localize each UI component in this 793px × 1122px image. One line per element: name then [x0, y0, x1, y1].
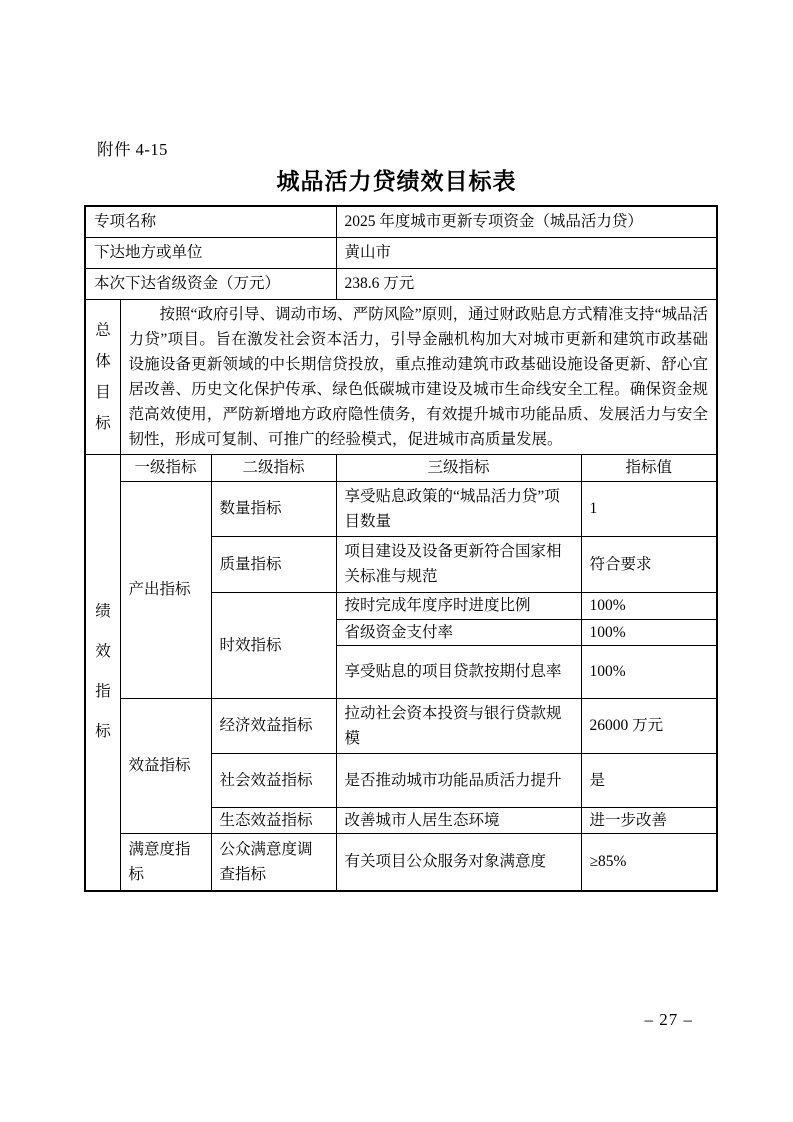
- indicators-side-label-cell: 绩效指标: [85, 454, 120, 891]
- value-satisfaction: ≥85%: [581, 833, 717, 891]
- level3-satisfaction: 有关项目公众服务对象满意度: [336, 833, 581, 891]
- attachment-label: 附件 4-15: [97, 136, 168, 160]
- overall-goal-row: 总体目标 按照“政府引导、调动市场、严防风险”原则，通过财政贴息方式精准支持“城…: [85, 299, 717, 454]
- level2-ecological: 生态效益指标: [211, 807, 336, 833]
- info-value-funds: 238.6 万元: [336, 268, 717, 299]
- info-row-project-name: 专项名称 2025 年度城市更新专项资金（城品活力贷）: [85, 206, 717, 237]
- level1-benefit: 效益指标: [120, 698, 211, 833]
- value-ecological: 进一步改善: [581, 807, 717, 833]
- level2-social: 社会效益指标: [211, 753, 336, 807]
- overall-goal-text: 按照“政府引导、调动市场、严防风险”原则，通过财政贴息方式精准支持“城品活力贷”…: [120, 299, 717, 454]
- info-label-recipient: 下达地方或单位: [85, 237, 336, 268]
- info-label-funds: 本次下达省级资金（万元）: [85, 268, 336, 299]
- info-label-project-name: 专项名称: [85, 206, 336, 237]
- indicator-row-quantity: 产出指标 数量指标 享受贴息政策的“城品活力贷”项目数量 1: [85, 481, 717, 536]
- level3-quantity: 享受贴息政策的“城品活力贷”项目数量: [336, 481, 581, 536]
- value-interest-rate: 100%: [581, 645, 717, 698]
- info-row-recipient: 下达地方或单位 黄山市: [85, 237, 717, 268]
- value-quantity: 1: [581, 481, 717, 536]
- indicator-row-satisfaction: 满意度指标 公众满意度调查指标 有关项目公众服务对象满意度 ≥85%: [85, 833, 717, 891]
- document-page: 附件 4-15 城品活力贷绩效目标表 专项名称 2025 年度城市更新专项资金（…: [0, 0, 793, 1122]
- value-quality: 符合要求: [581, 536, 717, 592]
- level2-quantity: 数量指标: [211, 481, 336, 536]
- performance-target-table: 专项名称 2025 年度城市更新专项资金（城品活力贷） 下达地方或单位 黄山市 …: [84, 205, 718, 892]
- level3-interest-rate: 享受贴息的项目贷款按期付息率: [336, 645, 581, 698]
- level3-social: 是否推动城市功能品质活力提升: [336, 753, 581, 807]
- indicator-row-economic: 效益指标 经济效益指标 拉动社会资本投资与银行贷款规模 26000 万元: [85, 698, 717, 753]
- indicator-header-row: 绩效指标 一级指标 二级指标 三级指标 指标值: [85, 454, 717, 481]
- indicators-side-label: 绩效指标: [94, 592, 112, 752]
- level3-ecological: 改善城市人居生态环境: [336, 807, 581, 833]
- header-level3: 三级指标: [336, 454, 581, 481]
- level3-economic: 拉动社会资本投资与银行贷款规模: [336, 698, 581, 753]
- level3-payment-rate: 省级资金支付率: [336, 619, 581, 645]
- value-economic: 26000 万元: [581, 698, 717, 753]
- level2-quality: 质量指标: [211, 536, 336, 592]
- level2-satisfaction-survey: 公众满意度调查指标: [211, 833, 336, 891]
- info-row-funds: 本次下达省级资金（万元） 238.6 万元: [85, 268, 717, 299]
- level1-output: 产出指标: [120, 481, 211, 698]
- info-value-project-name: 2025 年度城市更新专项资金（城品活力贷）: [336, 206, 717, 237]
- header-level2: 二级指标: [211, 454, 336, 481]
- level1-satisfaction: 满意度指标: [120, 833, 211, 891]
- info-value-recipient: 黄山市: [336, 237, 717, 268]
- value-payment-rate: 100%: [581, 619, 717, 645]
- page-title: 城品活力贷绩效目标表: [0, 163, 793, 196]
- header-value: 指标值: [581, 454, 717, 481]
- value-schedule-progress: 100%: [581, 592, 717, 619]
- level2-economic: 经济效益指标: [211, 698, 336, 753]
- page-number: – 27 –: [645, 1010, 694, 1030]
- overall-goal-label: 总体目标: [94, 315, 112, 439]
- level2-timeliness: 时效指标: [211, 592, 336, 698]
- overall-goal-label-cell: 总体目标: [85, 299, 120, 454]
- level3-schedule-progress: 按时完成年度序时进度比例: [336, 592, 581, 619]
- header-level1: 一级指标: [120, 454, 211, 481]
- value-social: 是: [581, 753, 717, 807]
- level3-quality: 项目建设及设备更新符合国家相关标准与规范: [336, 536, 581, 592]
